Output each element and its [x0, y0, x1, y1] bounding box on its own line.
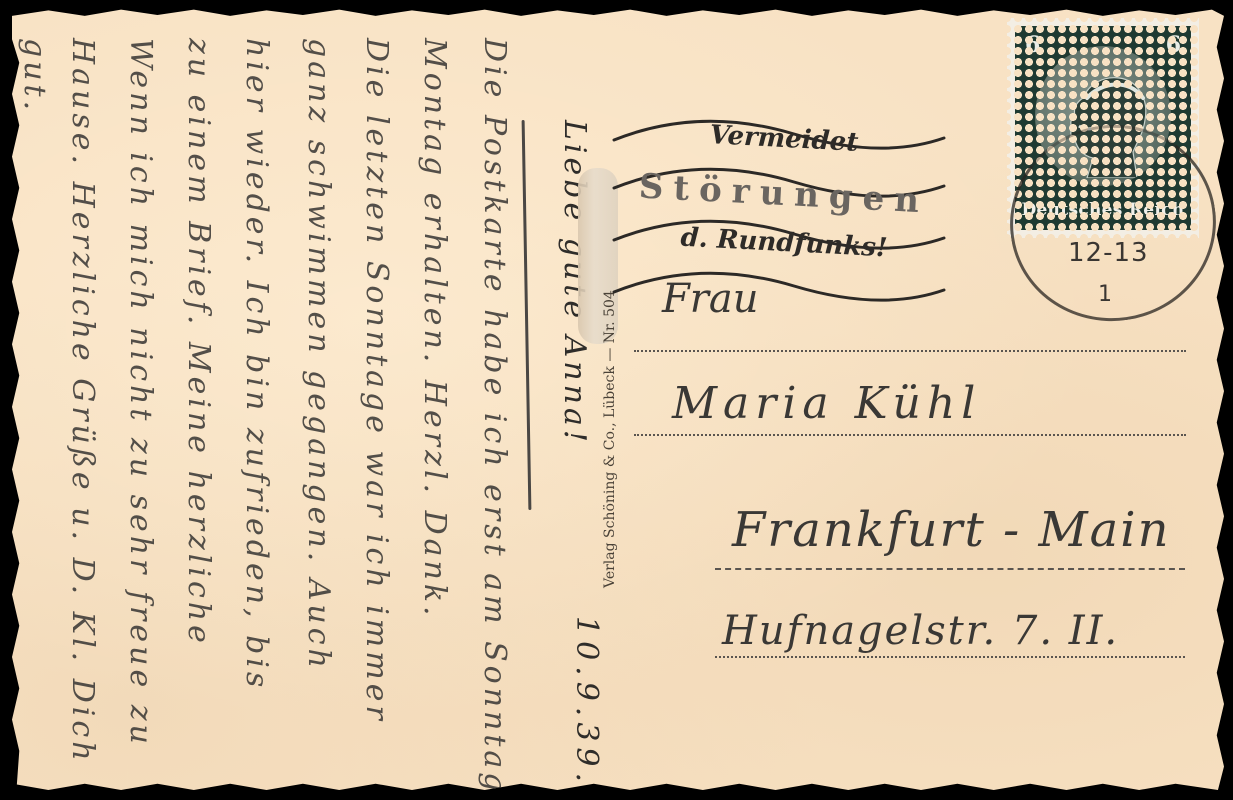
postmark-time: 12-13 [1068, 238, 1149, 268]
message-line: Wenn ich mich nicht zu sehr freue zu [123, 38, 158, 748]
address-line-2 [634, 434, 1186, 436]
heading-divider [522, 120, 532, 510]
message-line: Montag erhalten. Herzl. Dank. [417, 38, 452, 620]
address-street: Hufnagelstr. 7. II. [722, 608, 1119, 654]
message-line: Die Postkarte habe ich erst am Sonntag [477, 38, 512, 795]
address-line-3 [715, 568, 1185, 570]
address-salutation: Frau [662, 276, 758, 322]
message-line: ganz schwimmen gegangen. Auch [301, 38, 336, 672]
postmark-number: 1 [1098, 282, 1112, 307]
message-line: Die letzten Sonntage war ich immer [359, 38, 394, 724]
message-line: Hause. Herzliche Grüße u. D. Kl. Dich [65, 38, 100, 765]
publisher-imprint: Verlag Schöning & Co., Lübeck — Nr. 504 [602, 290, 618, 588]
message-date: 10.9.39. [569, 616, 604, 788]
message-line: gut. [17, 38, 52, 114]
message-line: hier wieder. Ich bin zufrieden, bis [239, 38, 274, 691]
stamp-value: 6 [1025, 32, 1040, 58]
machine-cancellation: Vermeidet Störungen d. Rundfunks! [604, 108, 964, 308]
handwritten-message: Die Postkarte habe ich erst am Sonntag M… [12, 8, 612, 790]
address-line-1 [634, 350, 1186, 352]
address-name: Maria Kühl [672, 378, 981, 429]
address-city: Frankfurt - Main [732, 502, 1171, 558]
stamp-value: 6 [1166, 32, 1181, 58]
message-line: zu einem Brief. Meine herzliche [181, 38, 216, 647]
address-line-4 [715, 656, 1185, 658]
